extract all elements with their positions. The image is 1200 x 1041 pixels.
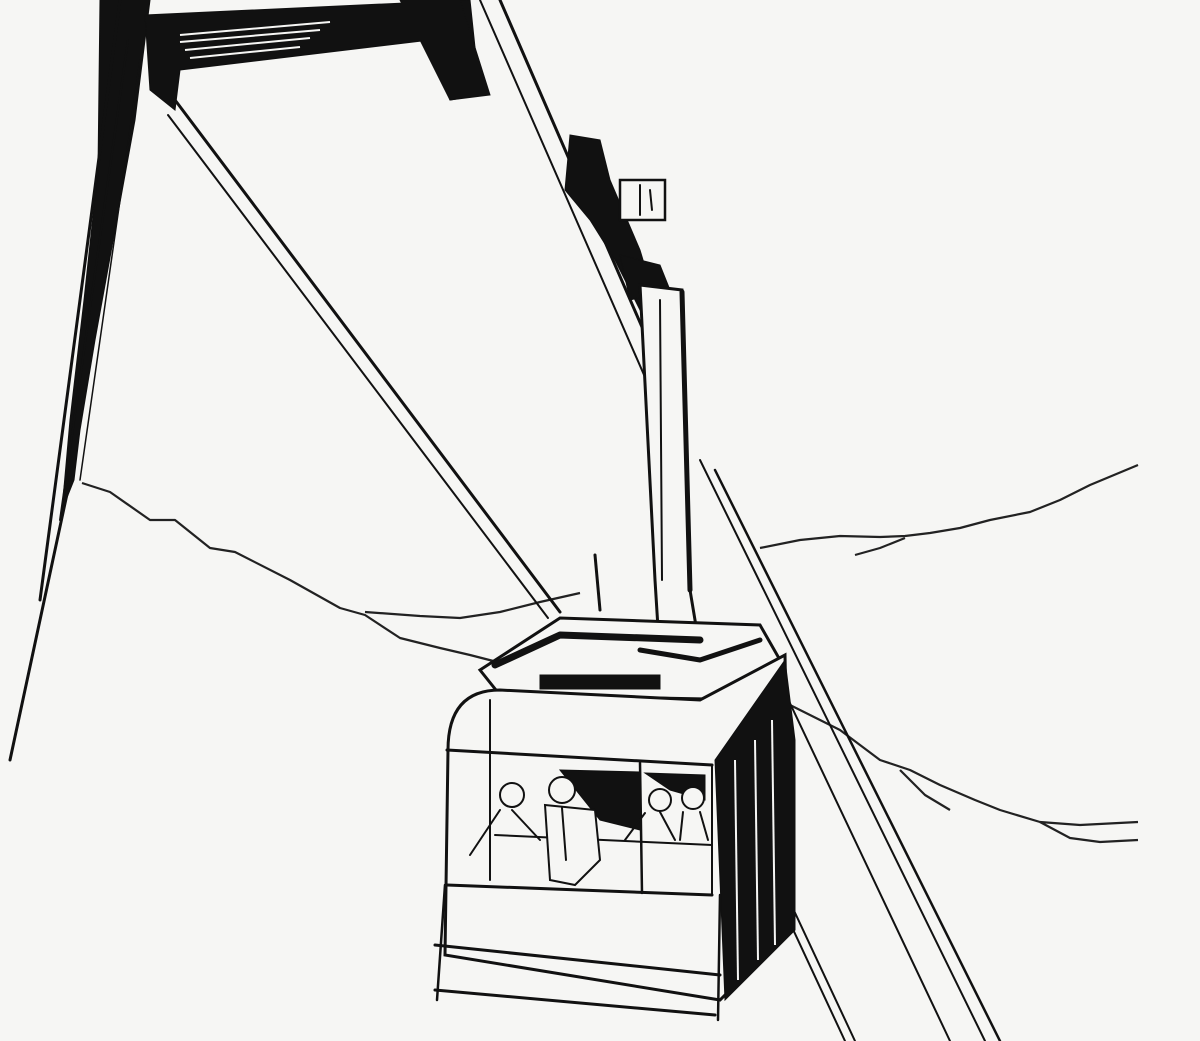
tramway-illustration: [0, 0, 1200, 1041]
gondola-cabin: [435, 618, 795, 1020]
